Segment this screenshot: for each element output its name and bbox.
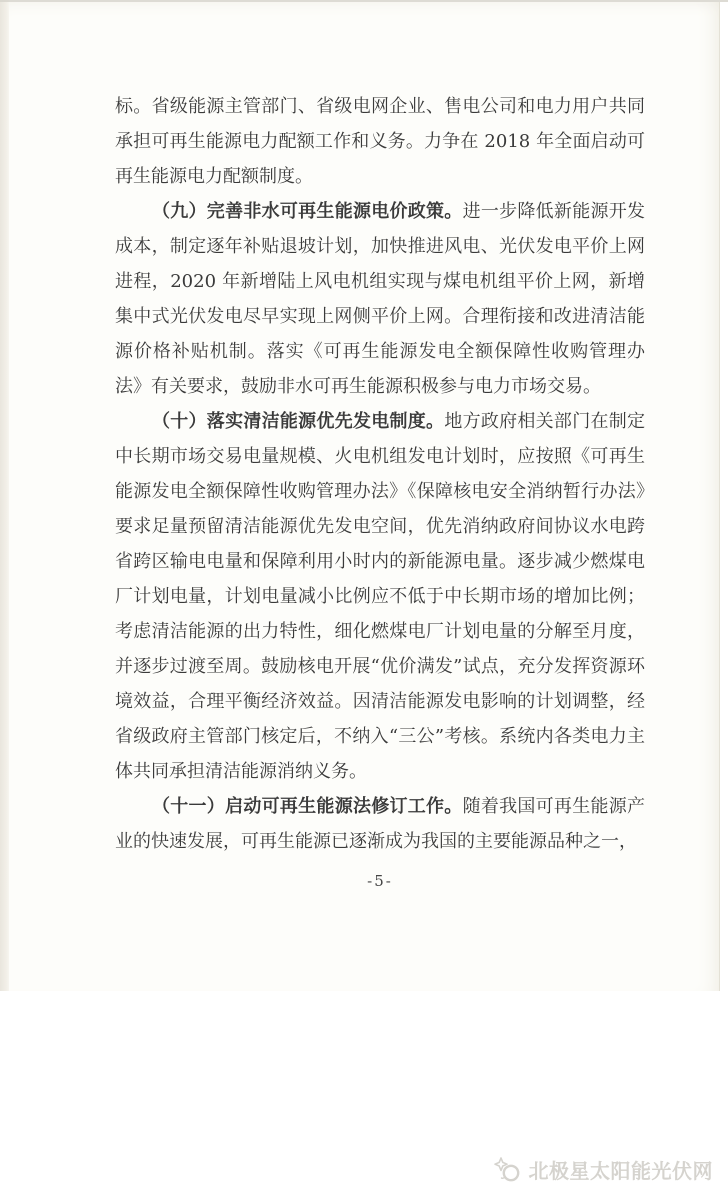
paragraph-lead: （十）落实清洁能源优先发电制度。 [152, 411, 444, 432]
paragraph: 标。省级能源主管部门、省级电网企业、售电公司和电力用户共同承担可再生能源电力配额… [115, 89, 645, 194]
document-page: 标。省级能源主管部门、省级电网企业、售电公司和电力用户共同承担可再生能源电力配额… [9, 2, 720, 991]
paragraph: （十一）启动可再生能源法修订工作。随着我国可再生能源产业的快速发展，可再生能源已… [115, 789, 645, 859]
paragraph: （十）落实清洁能源优先发电制度。地方政府相关部门在制定中长期市场交易电量规模、火… [115, 404, 645, 789]
paragraph-body: 进一步降低新能源开发成本，制定逐年补贴退坡计划，加快推进风电、光伏发电平价上网进… [115, 201, 645, 397]
page-number: -5- [115, 864, 645, 899]
polaris-sun-logo-icon [493, 1157, 523, 1183]
paragraph: （九）完善非水可再生能源电价政策。进一步降低新能源开发成本，制定逐年补贴退坡计划… [115, 194, 645, 404]
paragraph-body: 地方政府相关部门在制定中长期市场交易电量规模、火电机组发电计划时，应按照《可再生… [115, 411, 645, 782]
paragraph-lead: （九）完善非水可再生能源电价政策。 [152, 201, 463, 222]
watermark: 北极星太阳能光伏网 [493, 1155, 714, 1184]
watermark-label: 北极星太阳能光伏网 [529, 1155, 714, 1184]
paragraph-body: 标。省级能源主管部门、省级电网企业、售电公司和电力用户共同承担可再生能源电力配额… [115, 96, 645, 187]
scanner-edge-left [0, 0, 9, 991]
document-text: 标。省级能源主管部门、省级电网企业、售电公司和电力用户共同承担可再生能源电力配额… [115, 89, 645, 899]
paragraph-lead: （十一）启动可再生能源法修订工作。 [152, 796, 463, 817]
